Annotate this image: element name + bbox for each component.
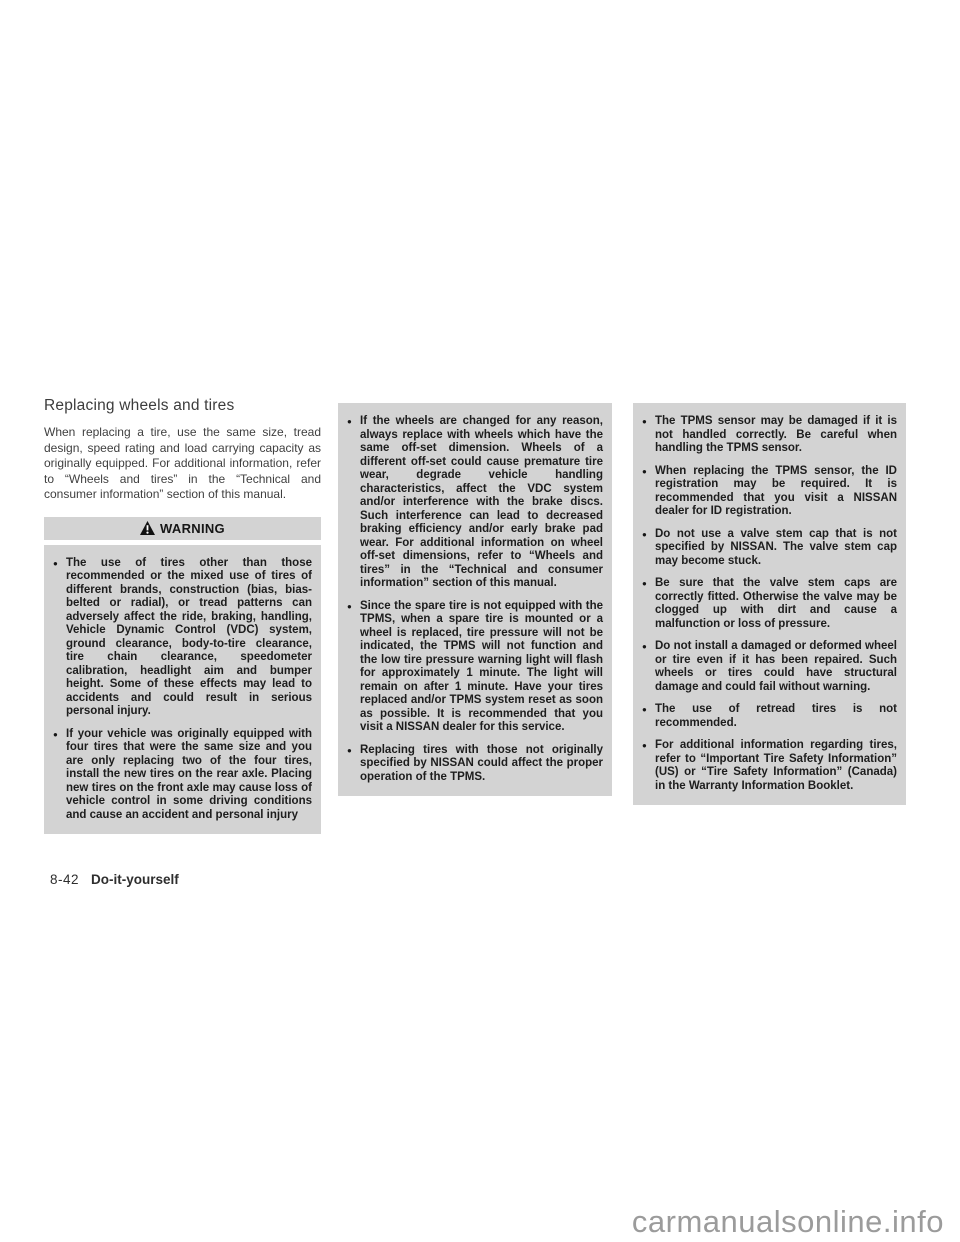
warning-item-text: For additional information regarding tir…	[655, 739, 897, 793]
warning-item-text: Do not use a valve stem cap that is not …	[655, 528, 897, 569]
warning-item-text: The use of tires other than those recomm…	[66, 557, 312, 719]
page-footer: 8-42Do-it-yourself	[50, 872, 179, 887]
warning-item-text: When replacing the TPMS sensor, the ID r…	[655, 465, 897, 519]
bullet-icon: ●	[642, 415, 655, 456]
warning-header: WARNING	[44, 517, 321, 540]
warning-item-text: If your vehicle was originally equipped …	[66, 728, 312, 823]
bullet-icon: ●	[347, 744, 360, 785]
bullet-icon: ●	[642, 640, 655, 694]
bullet-icon: ●	[642, 739, 655, 793]
bullet-icon: ●	[642, 577, 655, 631]
warning-item: ● If your vehicle was originally equippe…	[53, 728, 312, 823]
warning-item: ● The use of tires other than those reco…	[53, 557, 312, 719]
warning-item: ● Do not use a valve stem cap that is no…	[642, 528, 897, 569]
warning-item-text: The use of retread tires is not recommen…	[655, 703, 897, 730]
warning-item-text: If the wheels are changed for any reason…	[360, 415, 603, 591]
intro-paragraph: When replacing a tire, use the same size…	[44, 425, 321, 503]
bullet-icon: ●	[347, 600, 360, 735]
middle-warning-box: ● If the wheels are changed for any reas…	[338, 403, 612, 796]
bullet-icon: ●	[642, 528, 655, 569]
warning-item: ● The TPMS sensor may be damaged if it i…	[642, 415, 897, 456]
section-heading: Replacing wheels and tires	[44, 397, 321, 415]
site-watermark: carmanualsonline.info	[632, 1204, 944, 1240]
bullet-icon: ●	[53, 728, 66, 823]
warning-item-text: The TPMS sensor may be damaged if it is …	[655, 415, 897, 456]
bullet-icon: ●	[642, 465, 655, 519]
page-number: 8-42	[50, 872, 79, 887]
warning-item: ● Be sure that the valve stem caps are c…	[642, 577, 897, 631]
warning-item-text: Be sure that the valve stem caps are cor…	[655, 577, 897, 631]
warning-item: ● When replacing the TPMS sensor, the ID…	[642, 465, 897, 519]
warning-item: ● Since the spare tire is not equipped w…	[347, 600, 603, 735]
bullet-icon: ●	[347, 415, 360, 591]
warning-item-text: Replacing tires with those not originall…	[360, 744, 603, 785]
warning-triangle-icon	[140, 521, 155, 535]
manual-page: Replacing wheels and tires When replacin…	[0, 0, 960, 1242]
bullet-icon: ●	[53, 557, 66, 719]
warning-item: ● Replacing tires with those not origina…	[347, 744, 603, 785]
warning-item: ● If the wheels are changed for any reas…	[347, 415, 603, 591]
bullet-icon: ●	[642, 703, 655, 730]
chapter-title: Do-it-yourself	[91, 872, 179, 887]
warning-item-text: Since the spare tire is not equipped wit…	[360, 600, 603, 735]
warning-item: ● The use of retread tires is not recomm…	[642, 703, 897, 730]
right-column: ● The TPMS sensor may be damaged if it i…	[633, 403, 906, 805]
warning-item: ● For additional information regarding t…	[642, 739, 897, 793]
warning-body-box: ● The use of tires other than those reco…	[44, 545, 321, 835]
right-warning-box: ● The TPMS sensor may be damaged if it i…	[633, 403, 906, 805]
warning-title: WARNING	[160, 521, 225, 536]
middle-column: ● If the wheels are changed for any reas…	[338, 403, 612, 796]
warning-item-text: Do not install a damaged or deformed whe…	[655, 640, 897, 694]
warning-item: ● Do not install a damaged or deformed w…	[642, 640, 897, 694]
left-column: Replacing wheels and tires When replacin…	[44, 397, 321, 834]
